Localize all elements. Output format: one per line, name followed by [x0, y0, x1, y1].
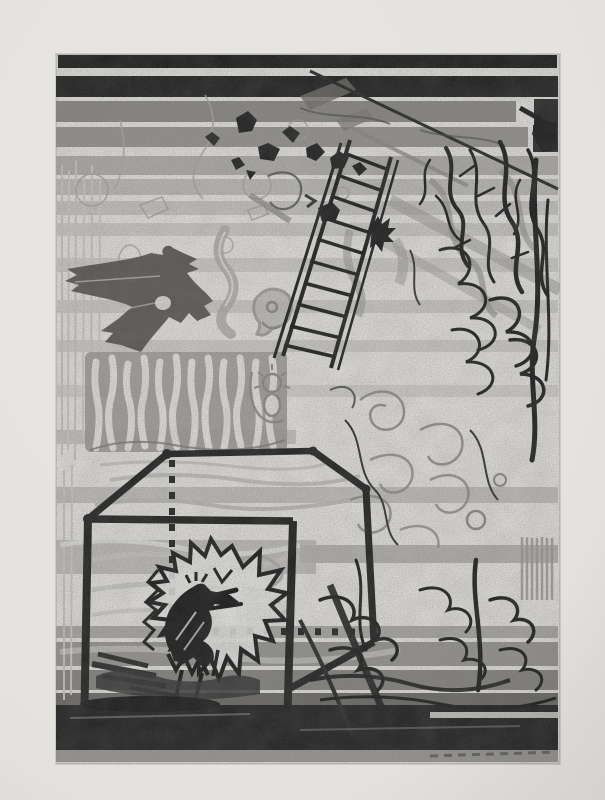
- artwork-photo: [0, 0, 605, 800]
- print-canvas: [0, 0, 605, 800]
- photo-vignette-layer: [0, 0, 605, 800]
- paper-vignette: [0, 0, 605, 800]
